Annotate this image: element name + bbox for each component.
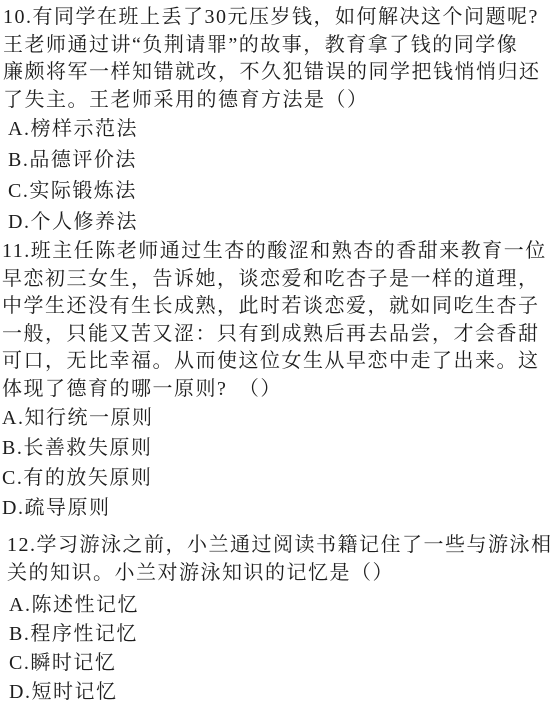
question-stem-line: 11.班主任陈老师通过生杏的酸涩和熟杏的香甜来教育一位 [0, 238, 553, 266]
question-stem-line: 12.学习游泳之前，小兰通过阅读书籍记住了一些与游泳相 [0, 532, 553, 560]
exam-page: { "page": { "background_color": "#ffffff… [0, 0, 553, 706]
option-item-b: B.品德评价法 [0, 145, 553, 176]
question-stem: 11.班主任陈老师通过生杏的酸涩和熟杏的香甜来教育一位 早恋初三女生，告诉她，谈… [0, 238, 553, 403]
option-item-a: A.榜样示范法 [0, 114, 553, 145]
options-list: A.知行统一原则 B.长善救失原则 C.有的放矢原则 D.疏导原则 [0, 403, 553, 523]
question-stem-line: 可口，无比幸福。从而使这位女生从早恋中走了出来。这 [0, 348, 553, 376]
option-item-d: D.疏导原则 [0, 493, 553, 523]
option-item-a: A.陈述性记忆 [0, 591, 553, 620]
question-stem: 12.学习游泳之前，小兰通过阅读书籍记住了一些与游泳相 关的知识。小兰对游泳知识… [0, 532, 553, 587]
option-item-c: C.瞬时记忆 [0, 649, 553, 678]
question-stem-line: 早恋初三女生，告诉她，谈恋爱和吃杏子是一样的道理， [0, 266, 553, 294]
option-item-c: C.有的放矢原则 [0, 463, 553, 493]
question-stem-line: 中学生还没有生长成熟，此时若谈恋爱，就如同吃生杏子 [0, 293, 553, 321]
option-item-b: B.程序性记忆 [0, 620, 553, 649]
options-list: A.陈述性记忆 B.程序性记忆 C.瞬时记忆 D.短时记忆 [0, 591, 553, 706]
option-item-a: A.知行统一原则 [0, 403, 553, 433]
question-stem-line: 关的知识。小兰对游泳知识的记忆是（） [0, 560, 553, 588]
question-stem-line: 了失主。王老师采用的德育方法是（） [0, 87, 553, 115]
option-item-d: D.短时记忆 [0, 678, 553, 706]
question-stem-line: 10.有同学在班上丢了30元压岁钱，如何解决这个问题呢? [0, 4, 553, 32]
question-stem-line: 体现了德育的哪一原则? （） [0, 376, 553, 404]
question-block-12: 12.学习游泳之前，小兰通过阅读书籍记住了一些与游泳相 关的知识。小兰对游泳知识… [0, 532, 553, 706]
option-item-d: D.个人修养法 [0, 207, 553, 238]
option-item-b: B.长善救失原则 [0, 433, 553, 463]
question-block-10: 10.有同学在班上丢了30元压岁钱，如何解决这个问题呢? 王老师通过讲“负荆请罪… [0, 4, 553, 238]
question-stem: 10.有同学在班上丢了30元压岁钱，如何解决这个问题呢? 王老师通过讲“负荆请罪… [0, 4, 553, 114]
question-stem-line: 一般，只能又苦又涩：只有到成熟后再去品尝，才会香甜 [0, 321, 553, 349]
option-item-c: C.实际锻炼法 [0, 176, 553, 207]
question-block-11: 11.班主任陈老师通过生杏的酸涩和熟杏的香甜来教育一位 早恋初三女生，告诉她，谈… [0, 238, 553, 523]
question-stem-line: 王老师通过讲“负荆请罪”的故事，教育拿了钱的同学像 [0, 32, 553, 60]
options-list: A.榜样示范法 B.品德评价法 C.实际锻炼法 D.个人修养法 [0, 114, 553, 238]
question-stem-line: 廉颇将军一样知错就改，不久犯错误的同学把钱悄悄归还 [0, 59, 553, 87]
